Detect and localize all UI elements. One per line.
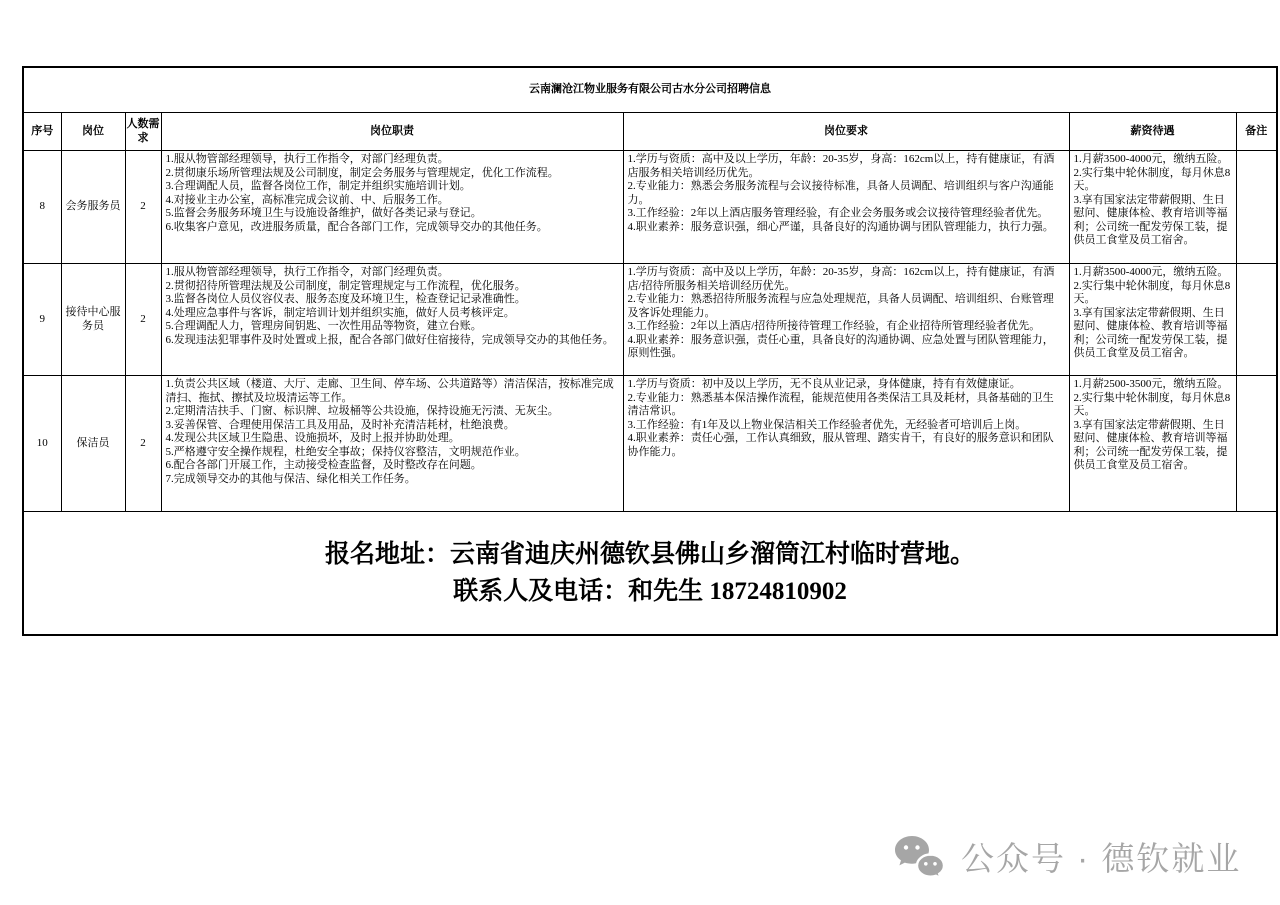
row-headcount: 2	[125, 151, 161, 264]
header-duties: 岗位职责	[161, 113, 623, 151]
header-salary: 薪资待遇	[1069, 113, 1236, 151]
wechat-icon	[893, 834, 945, 884]
header-remark: 备注	[1236, 113, 1277, 151]
row-headcount: 2	[125, 376, 161, 512]
header-requirements: 岗位要求	[623, 113, 1069, 151]
table-row: 9 接待中心服务员 2 1.服从物管部经理领导，执行工作指令，对部门经理负责。 …	[23, 264, 1277, 376]
table-row: 8 会务服务员 2 1.服从物管部经理领导，执行工作指令，对部门经理负责。 2.…	[23, 151, 1277, 264]
wechat-watermark: 公众号 · 德钦就业	[893, 831, 1241, 887]
row-salary: 1.月薪3500-4000元，缴纳五险。 2.实行集中轮休制度，每月休息8天。 …	[1069, 151, 1236, 264]
row-remark	[1236, 264, 1277, 376]
row-remark	[1236, 151, 1277, 264]
header-headcount: 人数需求	[125, 113, 161, 151]
title-row: 云南澜沧江物业服务有限公司古水分公司招聘信息	[23, 67, 1277, 113]
row-no: 10	[23, 376, 61, 512]
row-position: 保洁员	[61, 376, 125, 512]
contact-phone: 联系人及电话：和先生 18724810902	[25, 573, 1275, 610]
watermark-text: 公众号 · 德钦就业	[961, 831, 1241, 887]
row-no: 8	[23, 151, 61, 264]
row-no: 9	[23, 264, 61, 376]
row-remark	[1236, 376, 1277, 512]
row-salary: 1.月薪3500-4000元，缴纳五险。 2.实行集中轮休制度，每月休息8天。 …	[1069, 264, 1236, 376]
header-no: 序号	[23, 113, 61, 151]
signup-address: 报名地址：云南省迪庆州德钦县佛山乡溜筒江村临时营地。	[25, 536, 1275, 573]
row-position: 接待中心服务员	[61, 264, 125, 376]
row-duties: 1.负责公共区域（楼道、大厅、走廊、卫生间、停车场、公共道路等）清洁保洁，按标准…	[161, 376, 623, 512]
row-position: 会务服务员	[61, 151, 125, 264]
signup-info: 报名地址：云南省迪庆州德钦县佛山乡溜筒江村临时营地。 联系人及电话：和先生 18…	[23, 512, 1277, 636]
row-requirements: 1.学历与资质：高中及以上学历，年龄：20-35岁，身高：162cm以上，持有健…	[623, 264, 1069, 376]
footer-row: 报名地址：云南省迪庆州德钦县佛山乡溜筒江村临时营地。 联系人及电话：和先生 18…	[23, 512, 1277, 636]
header-position: 岗位	[61, 113, 125, 151]
row-duties: 1.服从物管部经理领导，执行工作指令，对部门经理负责。 2.贯彻康乐场所管理法规…	[161, 151, 623, 264]
row-headcount: 2	[125, 264, 161, 376]
table-row: 10 保洁员 2 1.负责公共区域（楼道、大厅、走廊、卫生间、停车场、公共道路等…	[23, 376, 1277, 512]
row-requirements: 1.学历与资质：高中及以上学历，年龄：20-35岁，身高：162cm以上，持有健…	[623, 151, 1069, 264]
row-duties: 1.服从物管部经理领导，执行工作指令，对部门经理负责。 2.贯彻招待所管理法规及…	[161, 264, 623, 376]
table-title: 云南澜沧江物业服务有限公司古水分公司招聘信息	[23, 67, 1277, 113]
row-requirements: 1.学历与资质：初中及以上学历，无不良从业记录，身体健康，持有有效健康证。 2.…	[623, 376, 1069, 512]
header-row: 序号 岗位 人数需求 岗位职责 岗位要求 薪资待遇 备注	[23, 113, 1277, 151]
row-salary: 1.月薪2500-3500元，缴纳五险。 2.实行集中轮休制度，每月休息8天。 …	[1069, 376, 1236, 512]
recruitment-table: 云南澜沧江物业服务有限公司古水分公司招聘信息 序号 岗位 人数需求 岗位职责 岗…	[22, 66, 1278, 636]
